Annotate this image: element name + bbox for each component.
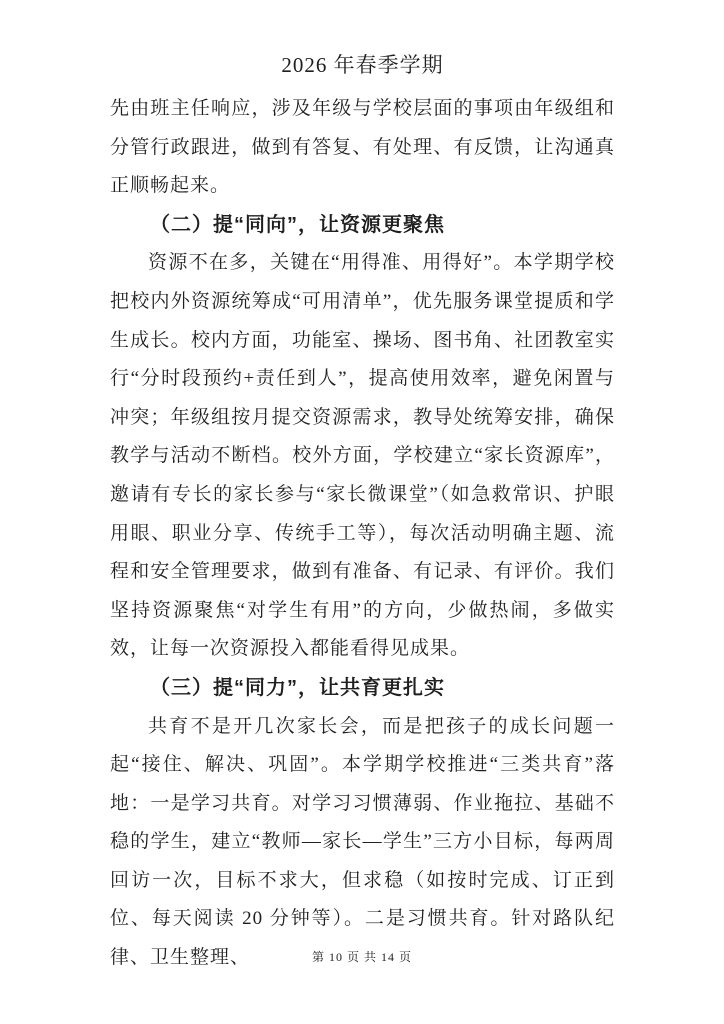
paragraph-continuation: 先由班主任响应，涉及年级与学校层面的事项由年级组和分管行政跟进，做到有答复、有处… — [110, 90, 615, 206]
section-heading-tongli: （三）提“同力”，让共育更扎实 — [110, 669, 615, 708]
paragraph-resources: 资源不在多，关键在“用得准、用得好”。本学期学校把校内外资源统筹成“可用清单”，… — [110, 244, 615, 669]
paragraph-coeducation: 共育不是开几次家长会，而是把孩子的成长问题一起“接住、解决、巩固”。本学期学校推… — [110, 708, 615, 978]
section-heading-tongxiang: （二）提“同向”，让资源更聚焦 — [110, 206, 615, 245]
page-number-footer: 第 10 页 共 14 页 — [0, 949, 724, 965]
page-header-title: 2026 年春季学期 — [110, 52, 615, 78]
document-page: 2026 年春季学期 先由班主任响应，涉及年级与学校层面的事项由年级组和分管行政… — [0, 0, 724, 1024]
